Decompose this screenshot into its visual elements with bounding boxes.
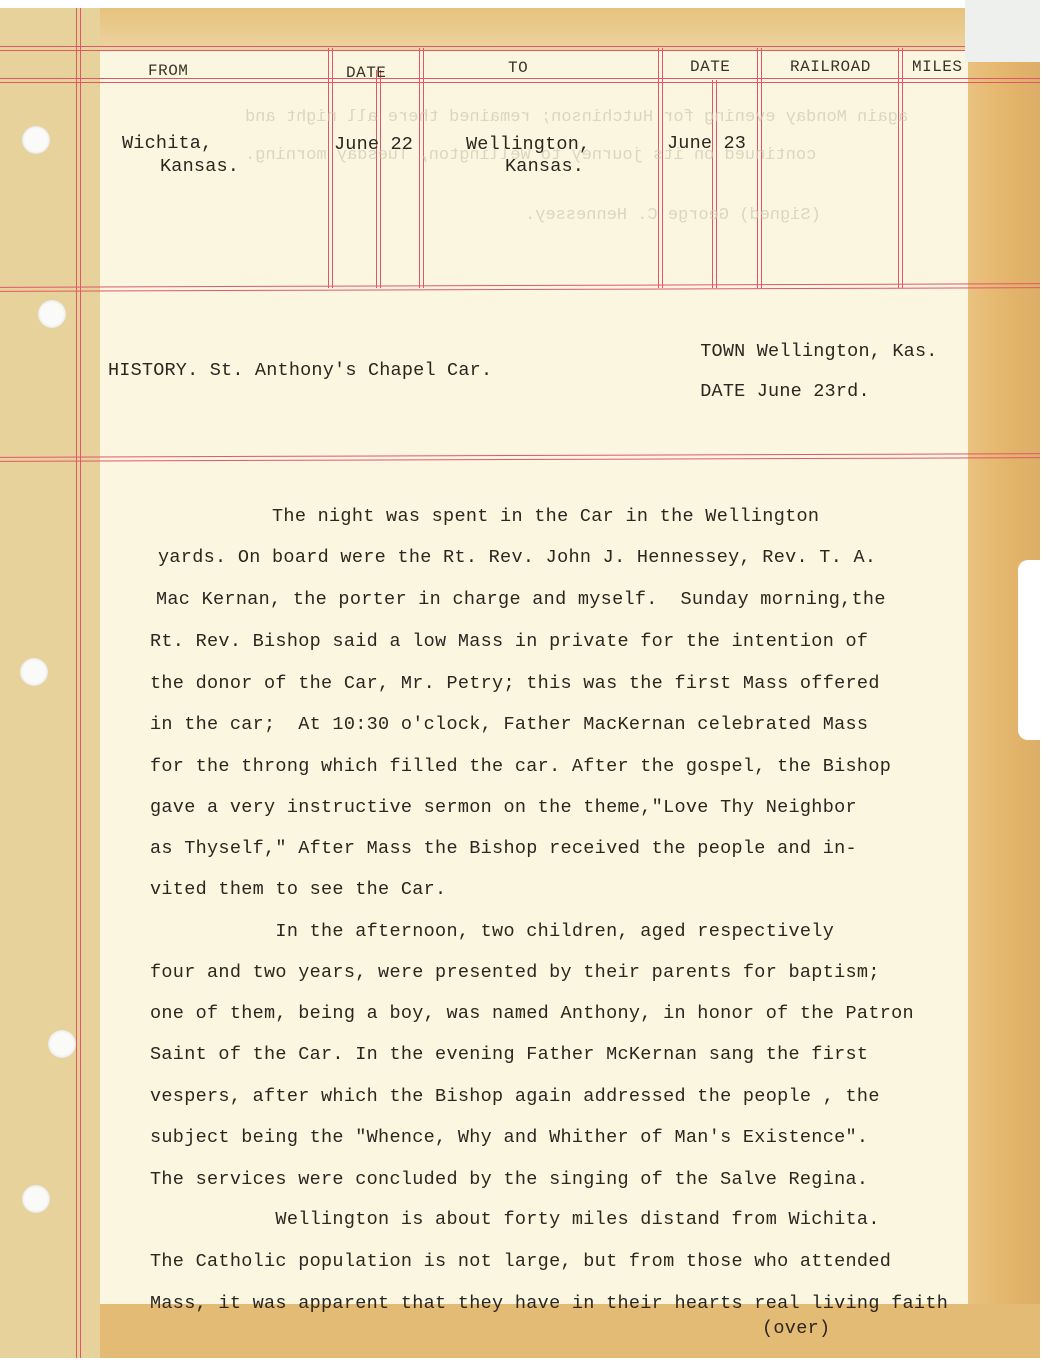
body-line: four and two years, were presented by th… <box>150 962 880 983</box>
body-line: in the car; At 10:30 o'clock, Father Mac… <box>150 714 868 735</box>
body-line: for the throng which filled the car. Aft… <box>150 756 891 777</box>
body-line: gave a very instructive sermon on the th… <box>150 797 857 818</box>
town-label: TOWN <box>700 341 745 362</box>
rule-top <box>0 46 970 51</box>
rule-table-bottom <box>0 283 1040 292</box>
to-state: Kansas. <box>505 156 584 177</box>
rule-history-bottom <box>0 453 1040 462</box>
column-rule <box>376 70 381 288</box>
margin-rule-vertical <box>76 8 81 1358</box>
continuation-marker: (over) <box>762 1318 830 1339</box>
body-line: one of them, being a boy, was named Anth… <box>150 1003 914 1024</box>
hole-punch <box>38 300 66 328</box>
to-city: Wellington, <box>466 134 590 155</box>
body-line: Rt. Rev. Bishop said a low Mass in priva… <box>150 631 868 652</box>
torn-edge <box>1018 560 1050 740</box>
hole-punch <box>22 1185 50 1213</box>
body-line: The Catholic population is not large, bu… <box>150 1251 891 1272</box>
body-line: yards. On board were the Rt. Rev. John J… <box>158 547 876 568</box>
hole-punch <box>20 658 48 686</box>
torn-edge <box>0 1358 1050 1365</box>
column-rule <box>757 48 762 288</box>
body-line: Mac Kernan, the porter in charge and mys… <box>156 589 886 610</box>
left-margin-strip <box>0 8 100 1358</box>
header-to: TO <box>508 59 528 77</box>
town-value: Wellington, Kas. <box>757 341 938 362</box>
from-city: Wichita, <box>122 133 212 154</box>
hole-punch <box>22 126 50 154</box>
column-rule <box>658 48 663 288</box>
body-line: Mass, it was apparent that they have in … <box>150 1293 948 1314</box>
body-line: vespers, after which the Bishop again ad… <box>150 1086 880 1107</box>
show-through-text: again Monday evening for Hutchinson; rem… <box>245 108 908 127</box>
body-line: Wellington is about forty miles distand … <box>150 1209 880 1230</box>
history-title: HISTORY. St. Anthony's Chapel Car. <box>108 360 492 381</box>
header-date-arrival: DATE <box>690 58 730 76</box>
date-label: DATE <box>700 381 745 402</box>
top-edge-stain <box>100 8 980 50</box>
header-miles: MILES <box>912 58 963 76</box>
header-from: FROM <box>148 62 188 80</box>
column-rule <box>419 48 424 288</box>
hole-punch <box>48 1030 76 1058</box>
arrival-date: June 23 <box>667 133 746 154</box>
header-railroad: RAILROAD <box>790 58 871 76</box>
body-line: as Thyself," After Mass the Bishop recei… <box>150 838 857 859</box>
departure-date: June 22 <box>334 134 413 155</box>
body-line: subject being the "Whence, Why and Whith… <box>150 1127 868 1148</box>
body-line: the donor of the Car, Mr. Petry; this wa… <box>150 673 880 694</box>
body-line: vited them to see the Car. <box>150 879 446 900</box>
header-date-departure: DATE <box>346 64 386 82</box>
from-state: Kansas. <box>160 156 239 177</box>
column-rule <box>328 48 333 288</box>
column-rule <box>898 48 903 288</box>
date-value: June 23rd. <box>757 381 870 402</box>
body-line: Saint of the Car. In the evening Father … <box>150 1044 868 1065</box>
torn-corner <box>965 0 1050 62</box>
body-line: The services were concluded by the singi… <box>150 1169 868 1190</box>
body-line: The night was spent in the Car in the We… <box>158 506 819 527</box>
document-page: FROM DATE TO DATE RAILROAD MILES again M… <box>0 8 1040 1358</box>
show-through-text: (Signed) George C. Hennessey. <box>525 206 821 225</box>
body-line: In the afternoon, two children, aged res… <box>150 921 834 942</box>
date-field: DATE June 23rd. <box>655 360 870 423</box>
